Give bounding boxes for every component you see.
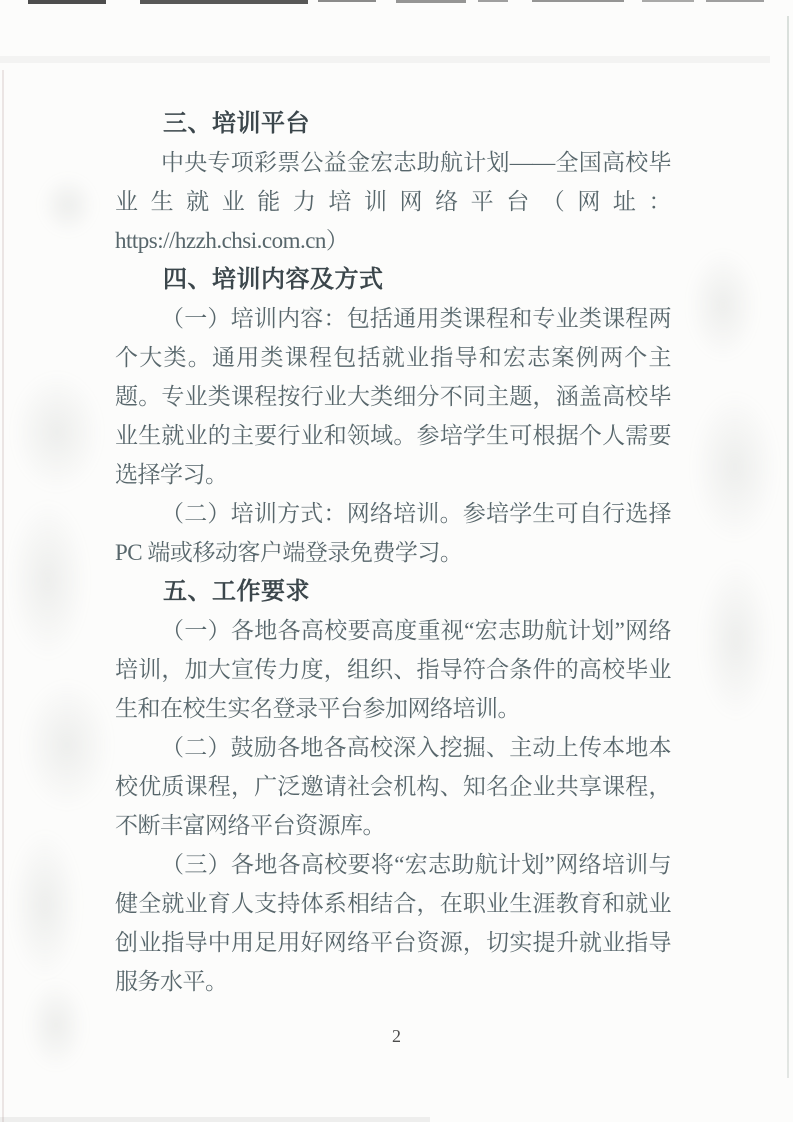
scan-smudge bbox=[10, 830, 80, 980]
scan-smudge bbox=[692, 392, 778, 542]
scan-top-edge-artifact bbox=[532, 0, 624, 2]
paragraph-training-platform: 中央专项彩票公益金宏志助航计划——全国高校毕业生就业能力培训网络平台（网址：ht… bbox=[115, 143, 671, 260]
scan-bottom-edge-artifact bbox=[0, 1117, 430, 1122]
scan-smudge bbox=[688, 250, 758, 360]
page-number: 2 bbox=[0, 1026, 793, 1046]
scan-horizontal-band-artifact bbox=[0, 56, 770, 63]
scan-top-edge-artifact bbox=[706, 0, 764, 2]
scan-top-edge-artifact bbox=[478, 0, 508, 2]
document-body: 三、培训平台 中央专项彩票公益金宏志助航计划——全国高校毕业生就业能力培训网络平… bbox=[115, 104, 671, 1001]
scan-top-edge-artifact bbox=[28, 0, 106, 4]
paragraph-training-method: （二）培训方式：网络培训。参培学生可自行选择 PC 端或移动客户端登录免费学习。 bbox=[115, 494, 671, 572]
scan-left-edge-artifact bbox=[2, 70, 4, 1122]
scan-smudge bbox=[22, 680, 112, 810]
paragraph-training-content: （一）培训内容：包括通用类课程和专业类课程两个大类。通用类课程包括就业指导和宏志… bbox=[115, 299, 671, 494]
scan-top-edge-artifact bbox=[140, 0, 308, 4]
paragraph-requirement-1: （一）各地各高校要高度重视“宏志助航计划”网络培训，加大宣传力度，组织、指导符合… bbox=[115, 611, 671, 728]
scan-top-edge-artifact bbox=[396, 0, 466, 3]
paragraph-requirement-2: （二）鼓励各地各高校深入挖掘、主动上传本地本校优质课程，广泛邀请社会机构、知名企… bbox=[115, 728, 671, 845]
scan-top-edge-artifact bbox=[318, 0, 376, 2]
scan-top-edge-artifact bbox=[642, 0, 694, 2]
scan-smudge bbox=[12, 372, 102, 492]
section-heading-training-content-method: 四、培训内容及方式 bbox=[115, 260, 671, 299]
scan-smudge bbox=[40, 175, 96, 235]
scan-right-edge-artifact bbox=[787, 16, 789, 1078]
paragraph-requirement-3: （三）各地各高校要将“宏志助航计划”网络培训与健全就业育人支持体系相结合，在职业… bbox=[115, 845, 671, 1001]
scan-smudge bbox=[8, 500, 88, 660]
section-heading-training-platform: 三、培训平台 bbox=[115, 104, 671, 143]
scanned-document-page: 三、培训平台 中央专项彩票公益金宏志助航计划——全国高校毕业生就业能力培训网络平… bbox=[0, 0, 793, 1122]
scan-smudge bbox=[26, 980, 86, 1070]
scan-smudge bbox=[700, 560, 772, 720]
section-heading-work-requirements: 五、工作要求 bbox=[115, 572, 671, 611]
